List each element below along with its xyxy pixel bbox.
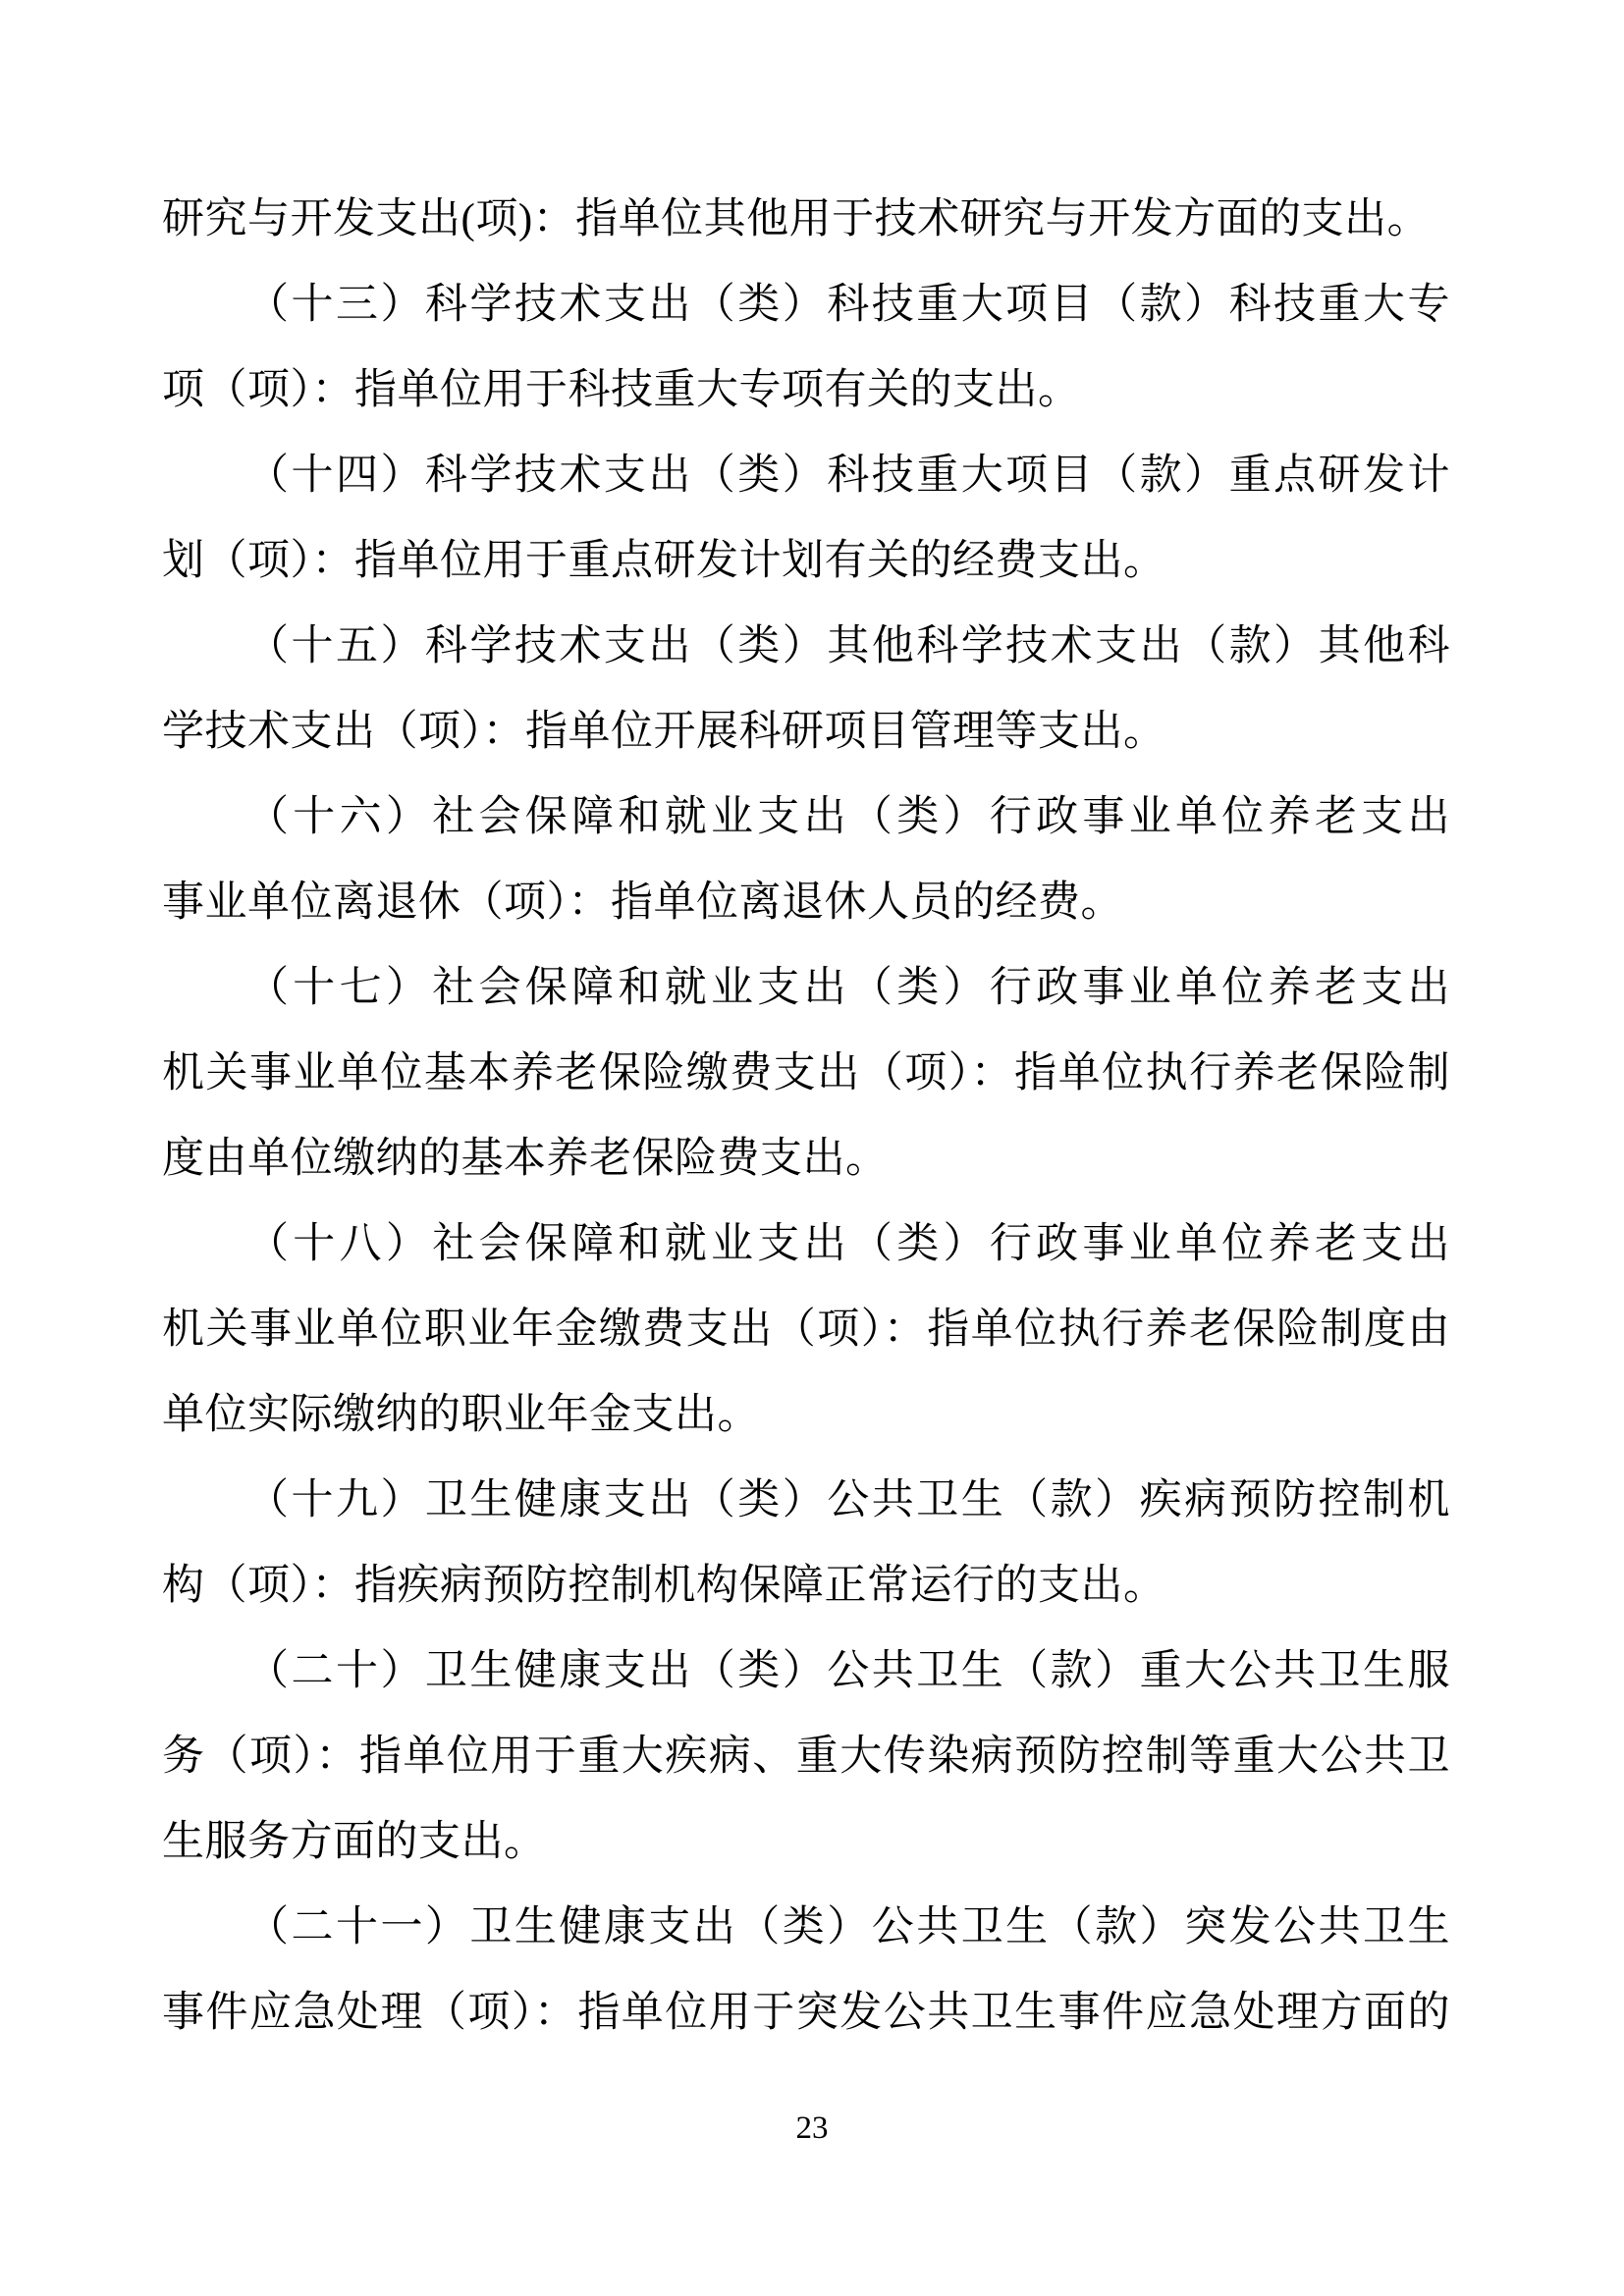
text-line: 构（项）：指疾病预防控制机构保障正常运行的支出。 (162, 1543, 1450, 1629)
text-line: 务（项）：指单位用于重大疾病、重大传染病预防控制等重大公共卫 (162, 1714, 1450, 1799)
text-line: 项（项）：指单位用于科技重大专项有关的支出。 (162, 347, 1450, 433)
text-line: 学技术支出（项）：指单位开展科研项目管理等支出。 (162, 689, 1450, 774)
text-line: （十三）科学技术支出（类）科技重大项目（款）科技重大专 (162, 262, 1450, 347)
text-line: 研究与开发支出(项)：指单位其他用于技术研究与开发方面的支出。 (162, 177, 1450, 262)
text-line: 生服务方面的支出。 (162, 1799, 1450, 1885)
text-line: 度由单位缴纳的基本养老保险费支出。 (162, 1116, 1450, 1201)
text-line: 划（项）：指单位用于重点研发计划有关的经费支出。 (162, 518, 1450, 604)
text-line: （十七）社会保障和就业支出（类）行政事业单位养老支出（款） (162, 945, 1450, 1031)
page-number: 23 (0, 2109, 1624, 2148)
text-line: （十九）卫生健康支出（类）公共卫生（款）疾病预防控制机 (162, 1458, 1450, 1543)
document-body: 研究与开发支出(项)：指单位其他用于技术研究与开发方面的支出。（十三）科学技术支… (162, 177, 1450, 2056)
text-line: 机关事业单位基本养老保险缴费支出（项）：指单位执行养老保险制 (162, 1031, 1450, 1116)
text-line: 机关事业单位职业年金缴费支出（项）：指单位执行养老保险制度由 (162, 1287, 1450, 1372)
text-line: 事业单位离退休（项）：指单位离退休人员的经费。 (162, 860, 1450, 945)
text-line: （十六）社会保障和就业支出（类）行政事业单位养老支出（款） (162, 774, 1450, 860)
text-line: 单位实际缴纳的职业年金支出。 (162, 1372, 1450, 1458)
text-line: （十五）科学技术支出（类）其他科学技术支出（款）其他科 (162, 604, 1450, 689)
text-line: （十四）科学技术支出（类）科技重大项目（款）重点研发计 (162, 433, 1450, 518)
text-line: （二十）卫生健康支出（类）公共卫生（款）重大公共卫生服 (162, 1629, 1450, 1714)
text-line: （十八）社会保障和就业支出（类）行政事业单位养老支出（款） (162, 1201, 1450, 1287)
text-line: 事件应急处理（项）：指单位用于突发公共卫生事件应急处理方面的 (162, 1970, 1450, 2056)
document-page: 研究与开发支出(项)：指单位其他用于技术研究与开发方面的支出。（十三）科学技术支… (0, 0, 1624, 2296)
text-line: （二十一）卫生健康支出（类）公共卫生（款）突发公共卫生 (162, 1885, 1450, 1970)
